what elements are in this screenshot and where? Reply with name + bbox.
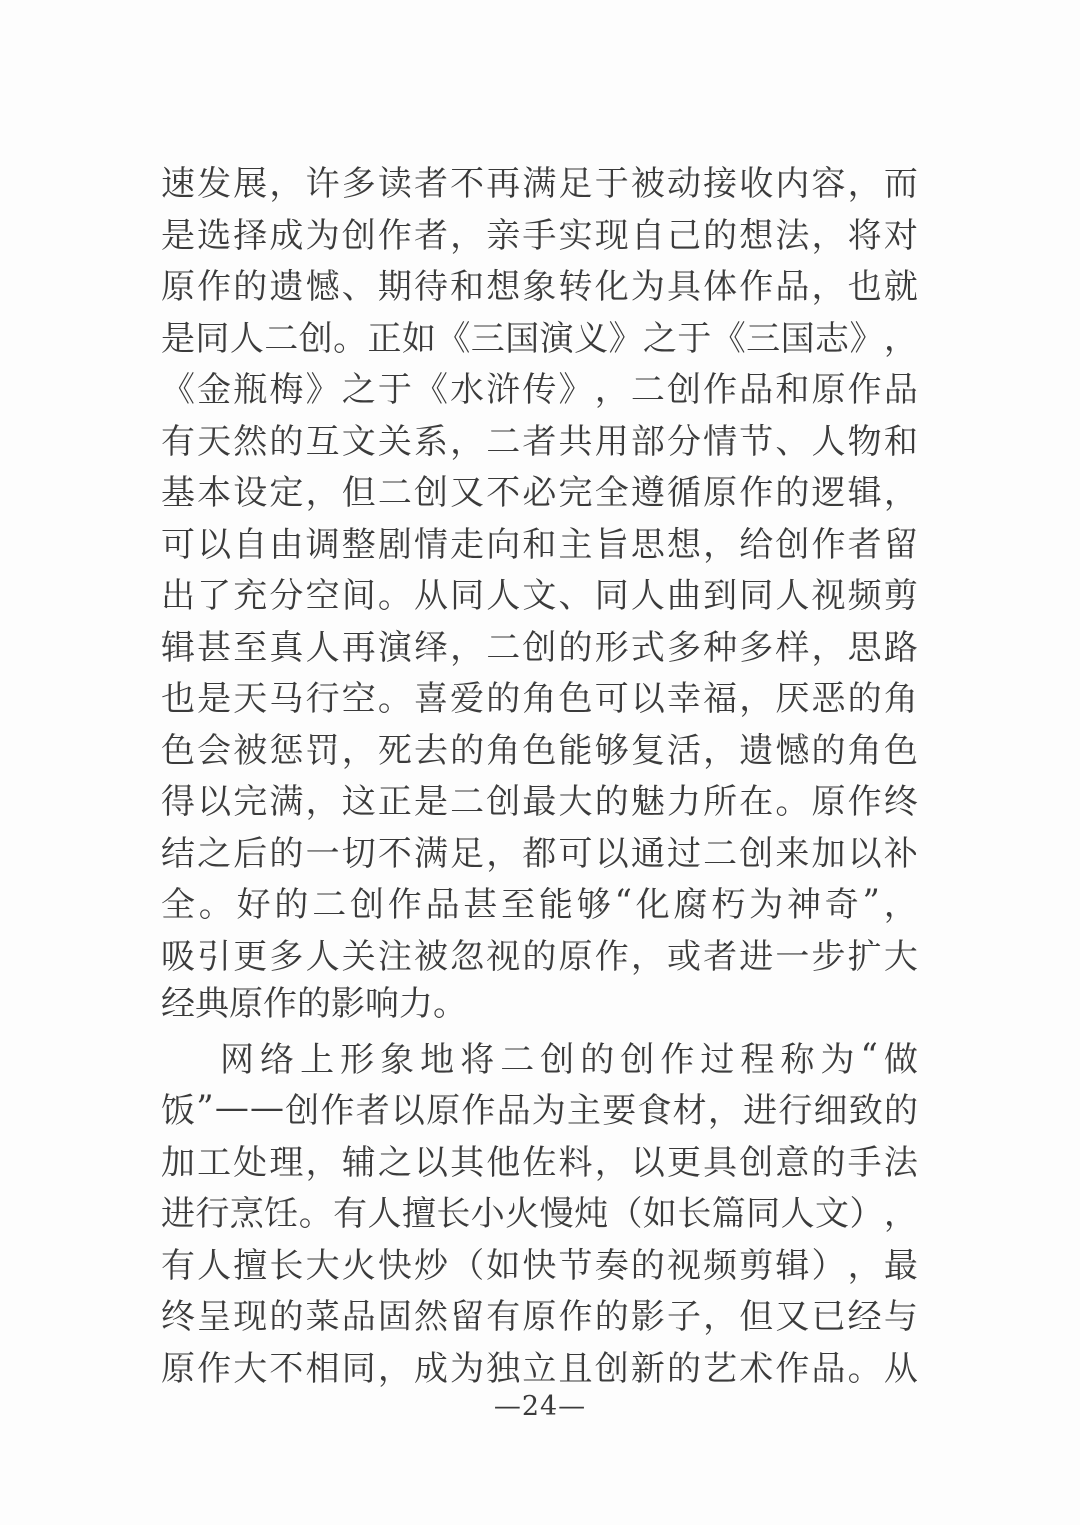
- text-line: 有天然的互文关系，二者共用部分情节、人物和: [161, 413, 918, 465]
- text-line: 《金瓶梅》之于《水浒传》，二创作品和原作品: [161, 361, 918, 413]
- text-line: 出了充分空间。从同人文、同人曲到同人视频剪: [161, 567, 918, 619]
- text-line: 色会被惩罚，死去的角色能够复活，遗憾的角色: [161, 722, 918, 774]
- text-line: 饭”——创作者以原作品为主要食材，进行细致的: [161, 1082, 918, 1134]
- text-line: 速发展，许多读者不再满足于被动接收内容，而: [161, 155, 918, 207]
- body-text: 速发展，许多读者不再满足于被动接收内容，而 是选择成为创作者，亲手实现自己的想法…: [161, 155, 918, 1391]
- text-line: 加工处理，辅之以其他佐料，以更具创意的手法: [161, 1134, 918, 1186]
- paragraph-start-line: 网络上形象地将二创的创作过程称为“做: [161, 1031, 918, 1083]
- paragraph-end-line: 经典原作的影响力。: [161, 979, 918, 1031]
- text-line: 原作大不相同，成为独立且创新的艺术作品。从: [161, 1340, 918, 1392]
- text-line: 辑甚至真人再演绎，二创的形式多种多样，思路: [161, 619, 918, 671]
- text-line: 基本设定，但二创又不必完全遵循原作的逻辑，: [161, 464, 918, 516]
- text-line: 也是天马行空。喜爱的角色可以幸福，厌恶的角: [161, 670, 918, 722]
- text-line: 全。好的二创作品甚至能够“化腐朽为神奇”，: [161, 876, 918, 928]
- text-line: 有人擅长大火快炒（如快节奏的视频剪辑），最: [161, 1237, 918, 1289]
- text-line: 结之后的一切不满足，都可以通过二创来加以补: [161, 825, 918, 877]
- text-line: 是选择成为创作者，亲手实现自己的想法，将对: [161, 207, 918, 259]
- text-line: 可以自由调整剧情走向和主旨思想，给创作者留: [161, 516, 918, 568]
- text-line: 吸引更多人关注被忽视的原作，或者进一步扩大: [161, 928, 918, 980]
- document-page: 速发展，许多读者不再满足于被动接收内容，而 是选择成为创作者，亲手实现自己的想法…: [0, 0, 1080, 1525]
- text-line: 得以完满，这正是二创最大的魅力所在。原作终: [161, 773, 918, 825]
- text-line: 是同人二创。正如《三国演义》之于《三国志》，: [161, 310, 918, 362]
- text-line: 进行烹饪。有人擅长小火慢炖（如长篇同人文），: [161, 1185, 918, 1237]
- page-number: —24—: [0, 1391, 1080, 1422]
- text-line: 终呈现的菜品固然留有原作的影子，但又已经与: [161, 1288, 918, 1340]
- text-line: 原作的遗憾、期待和想象转化为具体作品，也就: [161, 258, 918, 310]
